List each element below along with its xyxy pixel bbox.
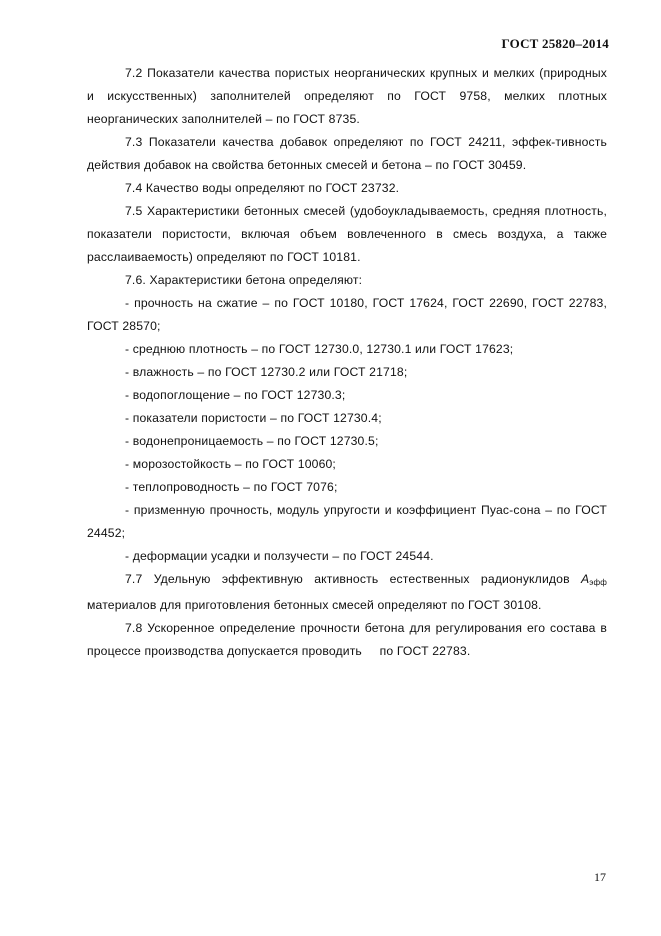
document-body: 7.2 Показатели качества пористых неорган… bbox=[87, 62, 607, 663]
paragraph-7-8: 7.8 Ускоренное определение прочности бет… bbox=[87, 617, 607, 663]
paragraph-7-5: 7.5 Характеристики бетонных смесей (удоб… bbox=[87, 200, 607, 269]
list-item-thermal-conductivity: - теплопроводность – по ГОСТ 7076; bbox=[87, 476, 607, 499]
paragraph-7-3: 7.3 Показатели качества добавок определя… bbox=[87, 131, 607, 177]
list-item-compressive-strength: - прочность на сжатие – по ГОСТ 10180, Г… bbox=[87, 292, 607, 338]
paragraph-7-2: 7.2 Показатели качества пористых неорган… bbox=[87, 62, 607, 131]
paragraph-7-7: 7.7 Удельную эффективную активность есте… bbox=[87, 568, 607, 617]
list-item-porosity: - показатели пористости – по ГОСТ 12730.… bbox=[87, 407, 607, 430]
paragraph-7-4: 7.4 Качество воды определяют по ГОСТ 237… bbox=[87, 177, 607, 200]
paragraph-7-6: 7.6. Характеристики бетона определяют: bbox=[87, 269, 607, 292]
p77-after: материалов для приготовления бетонных см… bbox=[87, 598, 542, 612]
p77-before: 7.7 Удельную эффективную активность есте… bbox=[125, 572, 581, 586]
list-item-humidity: - влажность – по ГОСТ 12730.2 или ГОСТ 2… bbox=[87, 361, 607, 384]
list-item-shrinkage-creep: - деформации усадки и ползучести – по ГО… bbox=[87, 545, 607, 568]
page-number: 17 bbox=[594, 870, 606, 885]
list-item-water-resistance: - водонепроницаемость – по ГОСТ 12730.5; bbox=[87, 430, 607, 453]
list-item-prism-strength: - призменную прочность, модуль упругости… bbox=[87, 499, 607, 545]
document-page: ГОСТ 25820–2014 7.2 Показатели качества … bbox=[0, 0, 661, 936]
list-item-average-density: - среднюю плотность – по ГОСТ 12730.0, 1… bbox=[87, 338, 607, 361]
standard-header: ГОСТ 25820–2014 bbox=[501, 36, 609, 52]
activity-subscript: эфф bbox=[589, 578, 607, 587]
list-item-frost-resistance: - морозостойкость – по ГОСТ 10060; bbox=[87, 453, 607, 476]
list-item-water-absorption: - водопоглощение – по ГОСТ 12730.3; bbox=[87, 384, 607, 407]
